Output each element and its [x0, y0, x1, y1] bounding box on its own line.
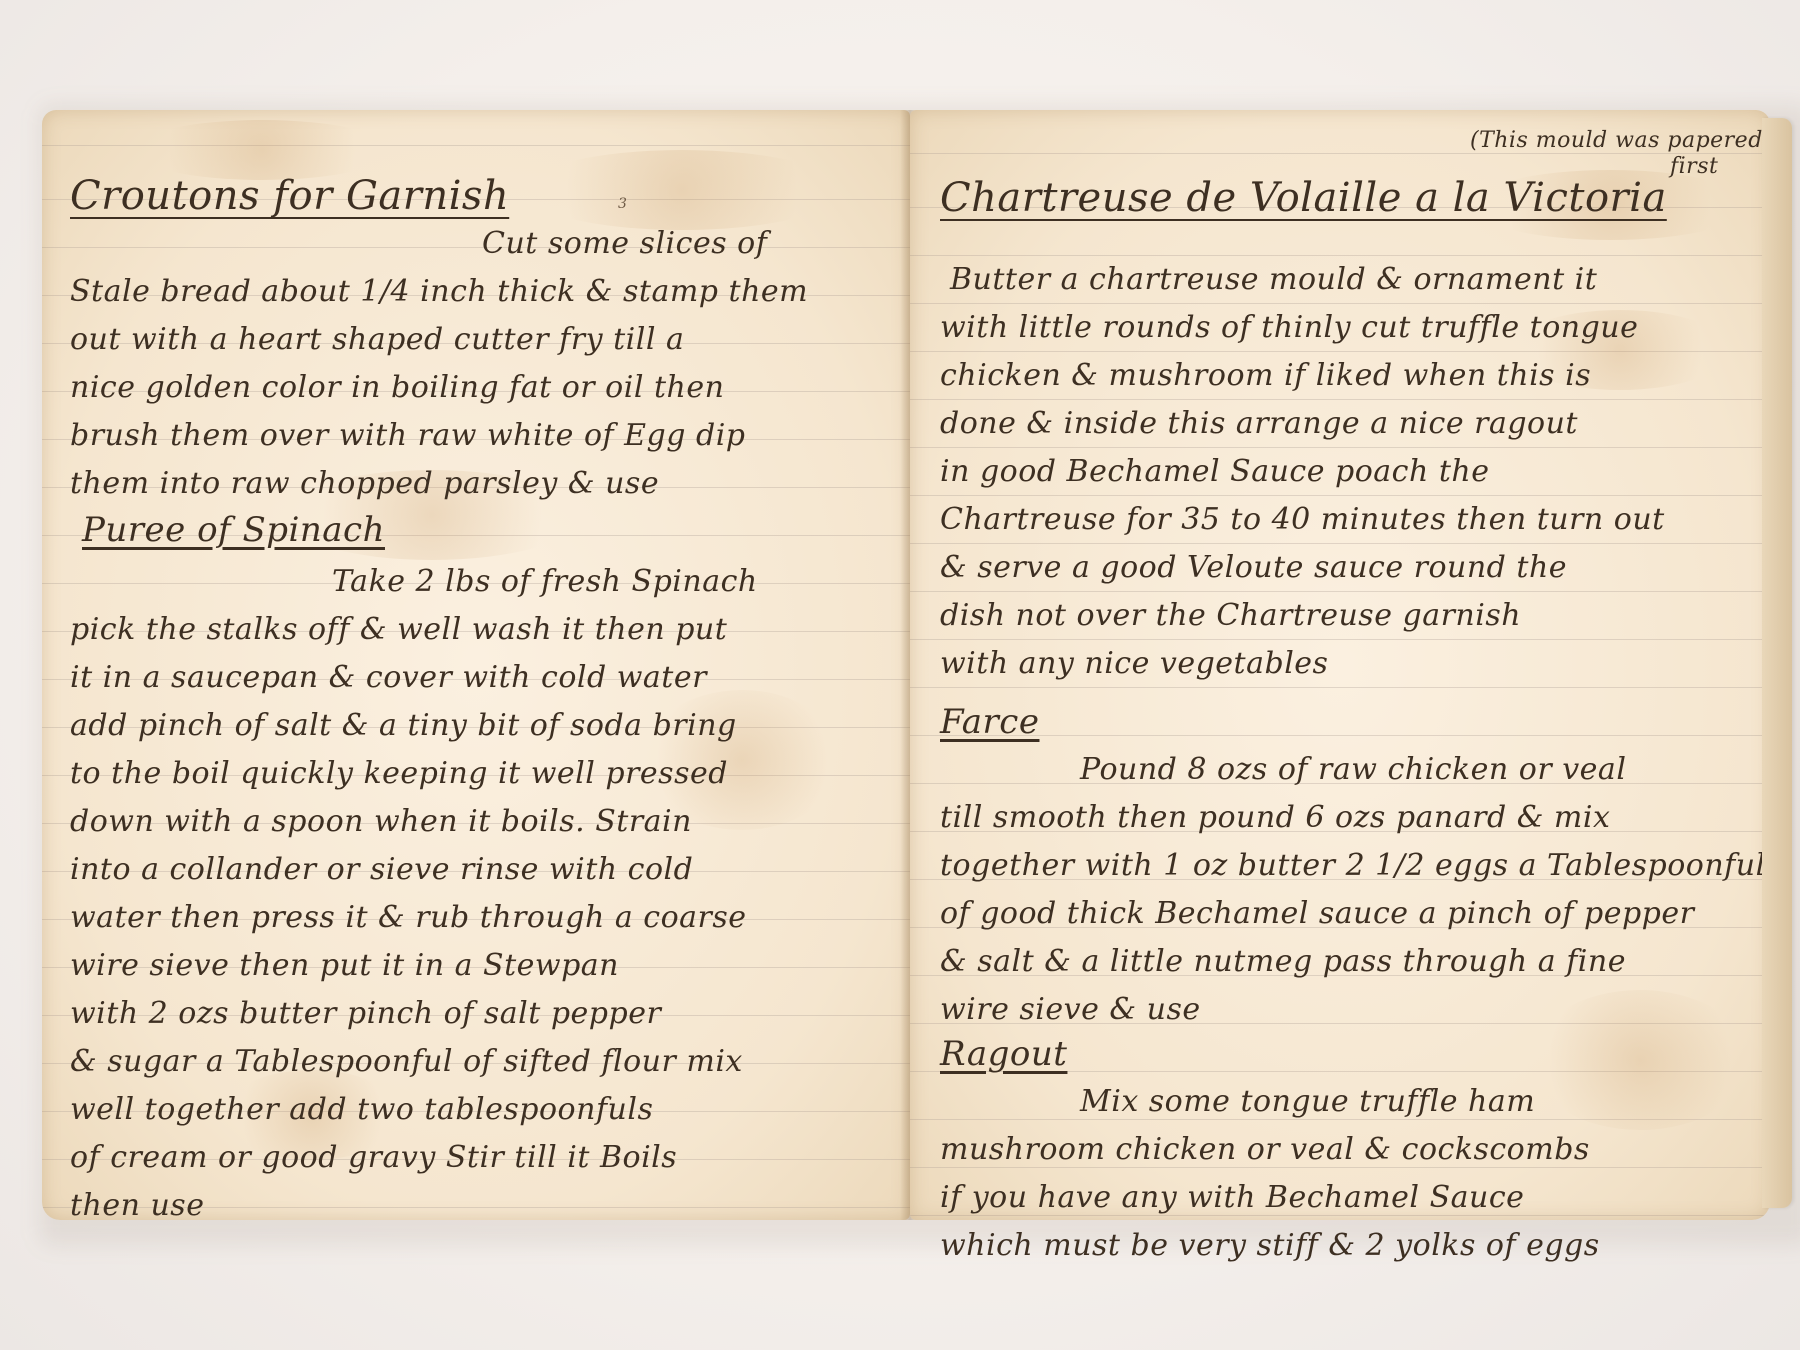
recipe-line: & serve a good Veloute sauce round the: [940, 544, 1567, 592]
recipe-line: well together add two tablespoonfuls: [70, 1086, 653, 1134]
recipe-line: out with a heart shaped cutter fry till …: [70, 316, 684, 364]
recipe-line: wire sieve & use: [940, 986, 1201, 1034]
margin-note: (This mould was papered: [1470, 128, 1763, 154]
recipe-line: pick the stalks off & well wash it then …: [70, 606, 727, 654]
recipe-line: with any nice vegetables: [940, 640, 1328, 688]
recipe-line: wire sieve then put it in a Stewpan: [70, 942, 619, 990]
recipe-line: nice golden color in boiling fat or oil …: [70, 364, 724, 412]
recipe-line: in good Bechamel Sauce poach the: [940, 448, 1489, 496]
recipe-line: Take 2 lbs of fresh Spinach: [332, 558, 758, 606]
recipe-line: of good thick Bechamel sauce a pinch of …: [940, 890, 1694, 938]
recipe-line: done & inside this arrange a nice ragout: [940, 400, 1578, 448]
recipe-line: till smooth then pound 6 ozs panard & mi…: [940, 794, 1610, 842]
recipe-line: Stale bread about 1/4 inch thick & stamp…: [70, 268, 808, 316]
recipe-line: & salt & a little nutmeg pass through a …: [940, 938, 1626, 986]
recipe-line: into a collander or sieve rinse with col…: [70, 846, 693, 894]
recipe-line: to the boil quickly keeping it well pres…: [70, 750, 728, 798]
recipe-line: add pinch of salt & a tiny bit of soda b…: [70, 702, 737, 750]
recipe-line: then use: [70, 1182, 204, 1230]
margin-note: first: [1670, 154, 1718, 180]
recipe-line: of cream or good gravy Stir till it Boil…: [70, 1134, 677, 1182]
recipe-line: down with a spoon when it boils. Strain: [70, 798, 692, 846]
paper-stain: [522, 150, 842, 230]
recipe-line: with little rounds of thinly cut truffle…: [940, 304, 1638, 352]
paper-stain: [132, 120, 392, 180]
recipe-line: if you have any with Bechamel Sauce: [940, 1174, 1524, 1222]
recipe-title-ragout: Ragout: [940, 1030, 1067, 1078]
recipe-title-chartreuse: Chartreuse de Volaille a la Victoria: [940, 174, 1667, 222]
right-page: (This mould was papered first Chartreuse…: [910, 110, 1770, 1220]
recipe-line: brush them over with raw white of Egg di…: [70, 412, 746, 460]
recipe-title-farce: Farce: [940, 698, 1039, 746]
recipe-line: which must be very stiff & 2 yolks of eg…: [940, 1222, 1600, 1270]
left-page: 3 Croutons for Garnish Cut some slices o…: [42, 110, 910, 1220]
recipe-line: with 2 ozs butter pinch of salt pepper: [70, 990, 661, 1038]
paper-stain: [1530, 990, 1750, 1130]
page-edges: [1762, 118, 1792, 1208]
recipe-line: it in a saucepan & cover with cold water: [70, 654, 707, 702]
recipe-line: & sugar a Tablespoonful of sifted flour …: [70, 1038, 743, 1086]
recipe-line: Cut some slices of: [482, 220, 767, 268]
recipe-title-puree-of-spinach: Puree of Spinach: [82, 506, 385, 554]
recipe-line: Pound 8 ozs of raw chicken or veal: [1080, 746, 1626, 794]
recipe-line: Butter a chartreuse mould & ornament it: [950, 256, 1597, 304]
recipe-line: them into raw chopped parsley & use: [70, 460, 659, 508]
recipe-line: together with 1 oz butter 2 1/2 eggs a T…: [940, 842, 1766, 890]
recipe-line: Mix some tongue truffle ham: [1080, 1078, 1535, 1126]
recipe-line: chicken & mushroom if liked when this is: [940, 352, 1591, 400]
recipe-line: water then press it & rub through a coar…: [70, 894, 747, 942]
recipe-title-croutons: Croutons for Garnish: [70, 172, 509, 220]
recipe-line: Chartreuse for 35 to 40 minutes then tur…: [940, 496, 1665, 544]
recipe-line: dish not over the Chartreuse garnish: [940, 592, 1521, 640]
recipe-line: mushroom chicken or veal & cockscombs: [940, 1126, 1590, 1174]
